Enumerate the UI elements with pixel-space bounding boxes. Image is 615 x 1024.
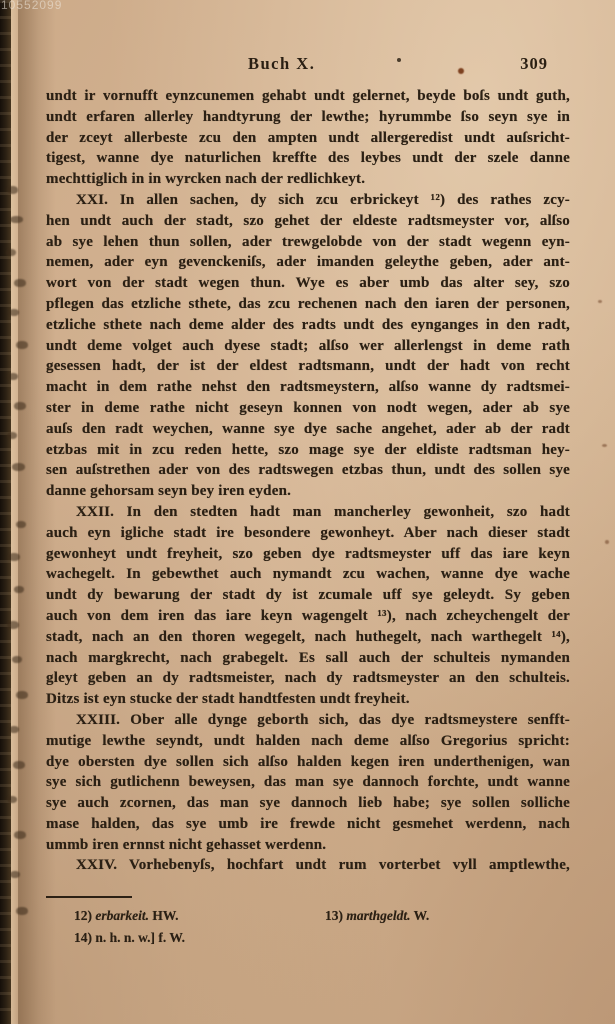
footnote-13: 13) marthgeldt. W. bbox=[325, 908, 429, 924]
ink-smudge bbox=[7, 186, 18, 194]
ink-smudge bbox=[6, 249, 16, 256]
text-line: stadt, nach an den thoren wegegelt, nach… bbox=[46, 627, 570, 648]
text-line: undt erfaren allerley handtyrung der lew… bbox=[46, 107, 570, 128]
page-number: 309 bbox=[520, 54, 548, 74]
text-line: XXI. In allen sachen, dy sich zcu erbric… bbox=[46, 190, 570, 211]
ink-smudge bbox=[14, 831, 26, 839]
book-page: 10552099 Buch X. 309 undt ir vornufft ey… bbox=[0, 0, 615, 1024]
ink-smudge bbox=[14, 586, 24, 593]
paper-speck bbox=[598, 300, 602, 303]
body-text: undt ir vornufft eynzcunemen gehabt undt… bbox=[46, 86, 570, 876]
text-line: undt ir vornufft eynzcunemen gehabt undt… bbox=[46, 86, 570, 107]
ink-smudge bbox=[8, 553, 20, 561]
footnote-term: marthgeldt. bbox=[346, 908, 410, 923]
text-line: etzliche sthete nach deme alder des radt… bbox=[46, 315, 570, 336]
page-header: Buch X. 309 bbox=[46, 52, 570, 78]
text-line: gleyt geben an dy radtsmeister, nach dy … bbox=[46, 668, 570, 689]
text-line: gewonheyt undt freyheit, szo geben dye r… bbox=[46, 544, 570, 565]
text-line: hen undt auch der stadt, szo gehet der e… bbox=[46, 211, 570, 232]
ink-smudge bbox=[10, 871, 20, 878]
text-line: der zceyt allerbeste zcu den ampten undt… bbox=[46, 128, 570, 149]
text-line: nach margkrecht, nach grabegelt. Es sall… bbox=[46, 648, 570, 669]
text-line: undt dy bewarung der stadt dy ist zcumal… bbox=[46, 585, 570, 606]
text-line: pflegen das etzliche sthete, das zcu rec… bbox=[46, 294, 570, 315]
text-line: macht in dem rathe nehst den radtsmeyste… bbox=[46, 377, 570, 398]
text-line: auch von dem iren das iare keyn wagengel… bbox=[46, 606, 570, 627]
text-line: ster in deme rathe nicht geseyn konnen v… bbox=[46, 398, 570, 419]
paper-speck bbox=[605, 540, 609, 544]
text-line: wachegelt. In gebewthet auch nymandt zcu… bbox=[46, 564, 570, 585]
text-line: mechttiglich in in wyrcken nach der redl… bbox=[46, 169, 570, 190]
foxing-dot bbox=[458, 68, 464, 74]
ink-smudge bbox=[9, 726, 19, 733]
text-line: dye obersten dye sollen sich alſso halde… bbox=[46, 752, 570, 773]
spine-texture bbox=[0, 0, 11, 1024]
ink-smudge bbox=[16, 691, 28, 699]
text-line: danne gehorsam seyn bey iren eyden. bbox=[46, 481, 570, 502]
text-line: ummb iren ernnst nicht gehasset werdenn. bbox=[46, 835, 570, 856]
footnote-source: HW. bbox=[149, 908, 179, 923]
ink-smudge bbox=[10, 216, 23, 223]
text-line: sen auſstrethen ader von des radtswegen … bbox=[46, 460, 570, 481]
running-title: Buch X. bbox=[248, 54, 315, 74]
text-line: mase halden, das sye umb ire frewde nich… bbox=[46, 814, 570, 835]
ink-smudge bbox=[13, 761, 25, 769]
footnote-number: 14) bbox=[74, 930, 95, 945]
ink-smudge bbox=[16, 521, 26, 528]
text-line: auch eyn igliche stadt ire besondere gew… bbox=[46, 523, 570, 544]
text-line: undt deme volget auch dyese stadt; alſso… bbox=[46, 336, 570, 357]
text-line: nemen, ader eyn gevenckeniſs, ader imand… bbox=[46, 252, 570, 273]
footnote-source: n. h. n. w.] f. W. bbox=[95, 930, 185, 945]
ink-smudge bbox=[16, 907, 28, 915]
text-line: ab sye lehen thun sollen, ader trewgelob… bbox=[46, 232, 570, 253]
text-line: XXII. In den stedten hadt man mancherley… bbox=[46, 502, 570, 523]
paper-speck bbox=[602, 444, 607, 447]
ink-smudge bbox=[12, 656, 22, 663]
footnote-source: W. bbox=[411, 908, 430, 923]
footnote-14: 14) n. h. n. w.] f. W. bbox=[74, 930, 185, 946]
ink-smudge bbox=[7, 621, 19, 629]
text-line: XXIII. Ober alle dynge geborth sich, das… bbox=[46, 710, 570, 731]
text-line: XXIV. Vorhebenyſs, hochfart undt rum vor… bbox=[46, 855, 570, 876]
ink-smudge bbox=[7, 432, 17, 439]
ink-smudge bbox=[9, 309, 19, 316]
text-line: auſs den radt weychen, wanne sye dye sac… bbox=[46, 419, 570, 440]
footnote-separator bbox=[46, 896, 132, 898]
text-line: sye auch zcornen, das man sye dannoch li… bbox=[46, 793, 570, 814]
footnotes: 12) erbarkeit. HW. 13) marthgeldt. W. 14… bbox=[46, 908, 570, 956]
text-line: wort von der stadt wegen thun. Wye es ab… bbox=[46, 273, 570, 294]
footnote-12: 12) erbarkeit. HW. bbox=[74, 908, 179, 924]
ink-smudge bbox=[16, 341, 28, 349]
text-line: sye sich gutlichenn beweysen, das man sy… bbox=[46, 772, 570, 793]
ink-smudge bbox=[14, 279, 26, 287]
ink-smudge bbox=[14, 402, 26, 410]
scan-watermark: 10552099 bbox=[1, 0, 62, 12]
ink-dot bbox=[397, 58, 401, 62]
footnote-number: 12) bbox=[74, 908, 95, 923]
book-spine bbox=[0, 0, 11, 1024]
text-line: Ditzs ist eyn stucke der stadt handtfest… bbox=[46, 689, 570, 710]
text-line: etzbas mit in zcu reden hette, szo mage … bbox=[46, 440, 570, 461]
text-line: tigest, wanne dye naturlichen kreffte de… bbox=[46, 148, 570, 169]
ink-smudge bbox=[12, 463, 25, 471]
ink-smudge bbox=[7, 796, 17, 803]
footnote-term: erbarkeit. bbox=[95, 908, 149, 923]
text-line: mutige lewthe seyndt, undt halden nach d… bbox=[46, 731, 570, 752]
ink-smudge bbox=[8, 373, 18, 380]
text-line: gesessen hadt, der ist der eldest radtsm… bbox=[46, 356, 570, 377]
footnote-number: 13) bbox=[325, 908, 346, 923]
